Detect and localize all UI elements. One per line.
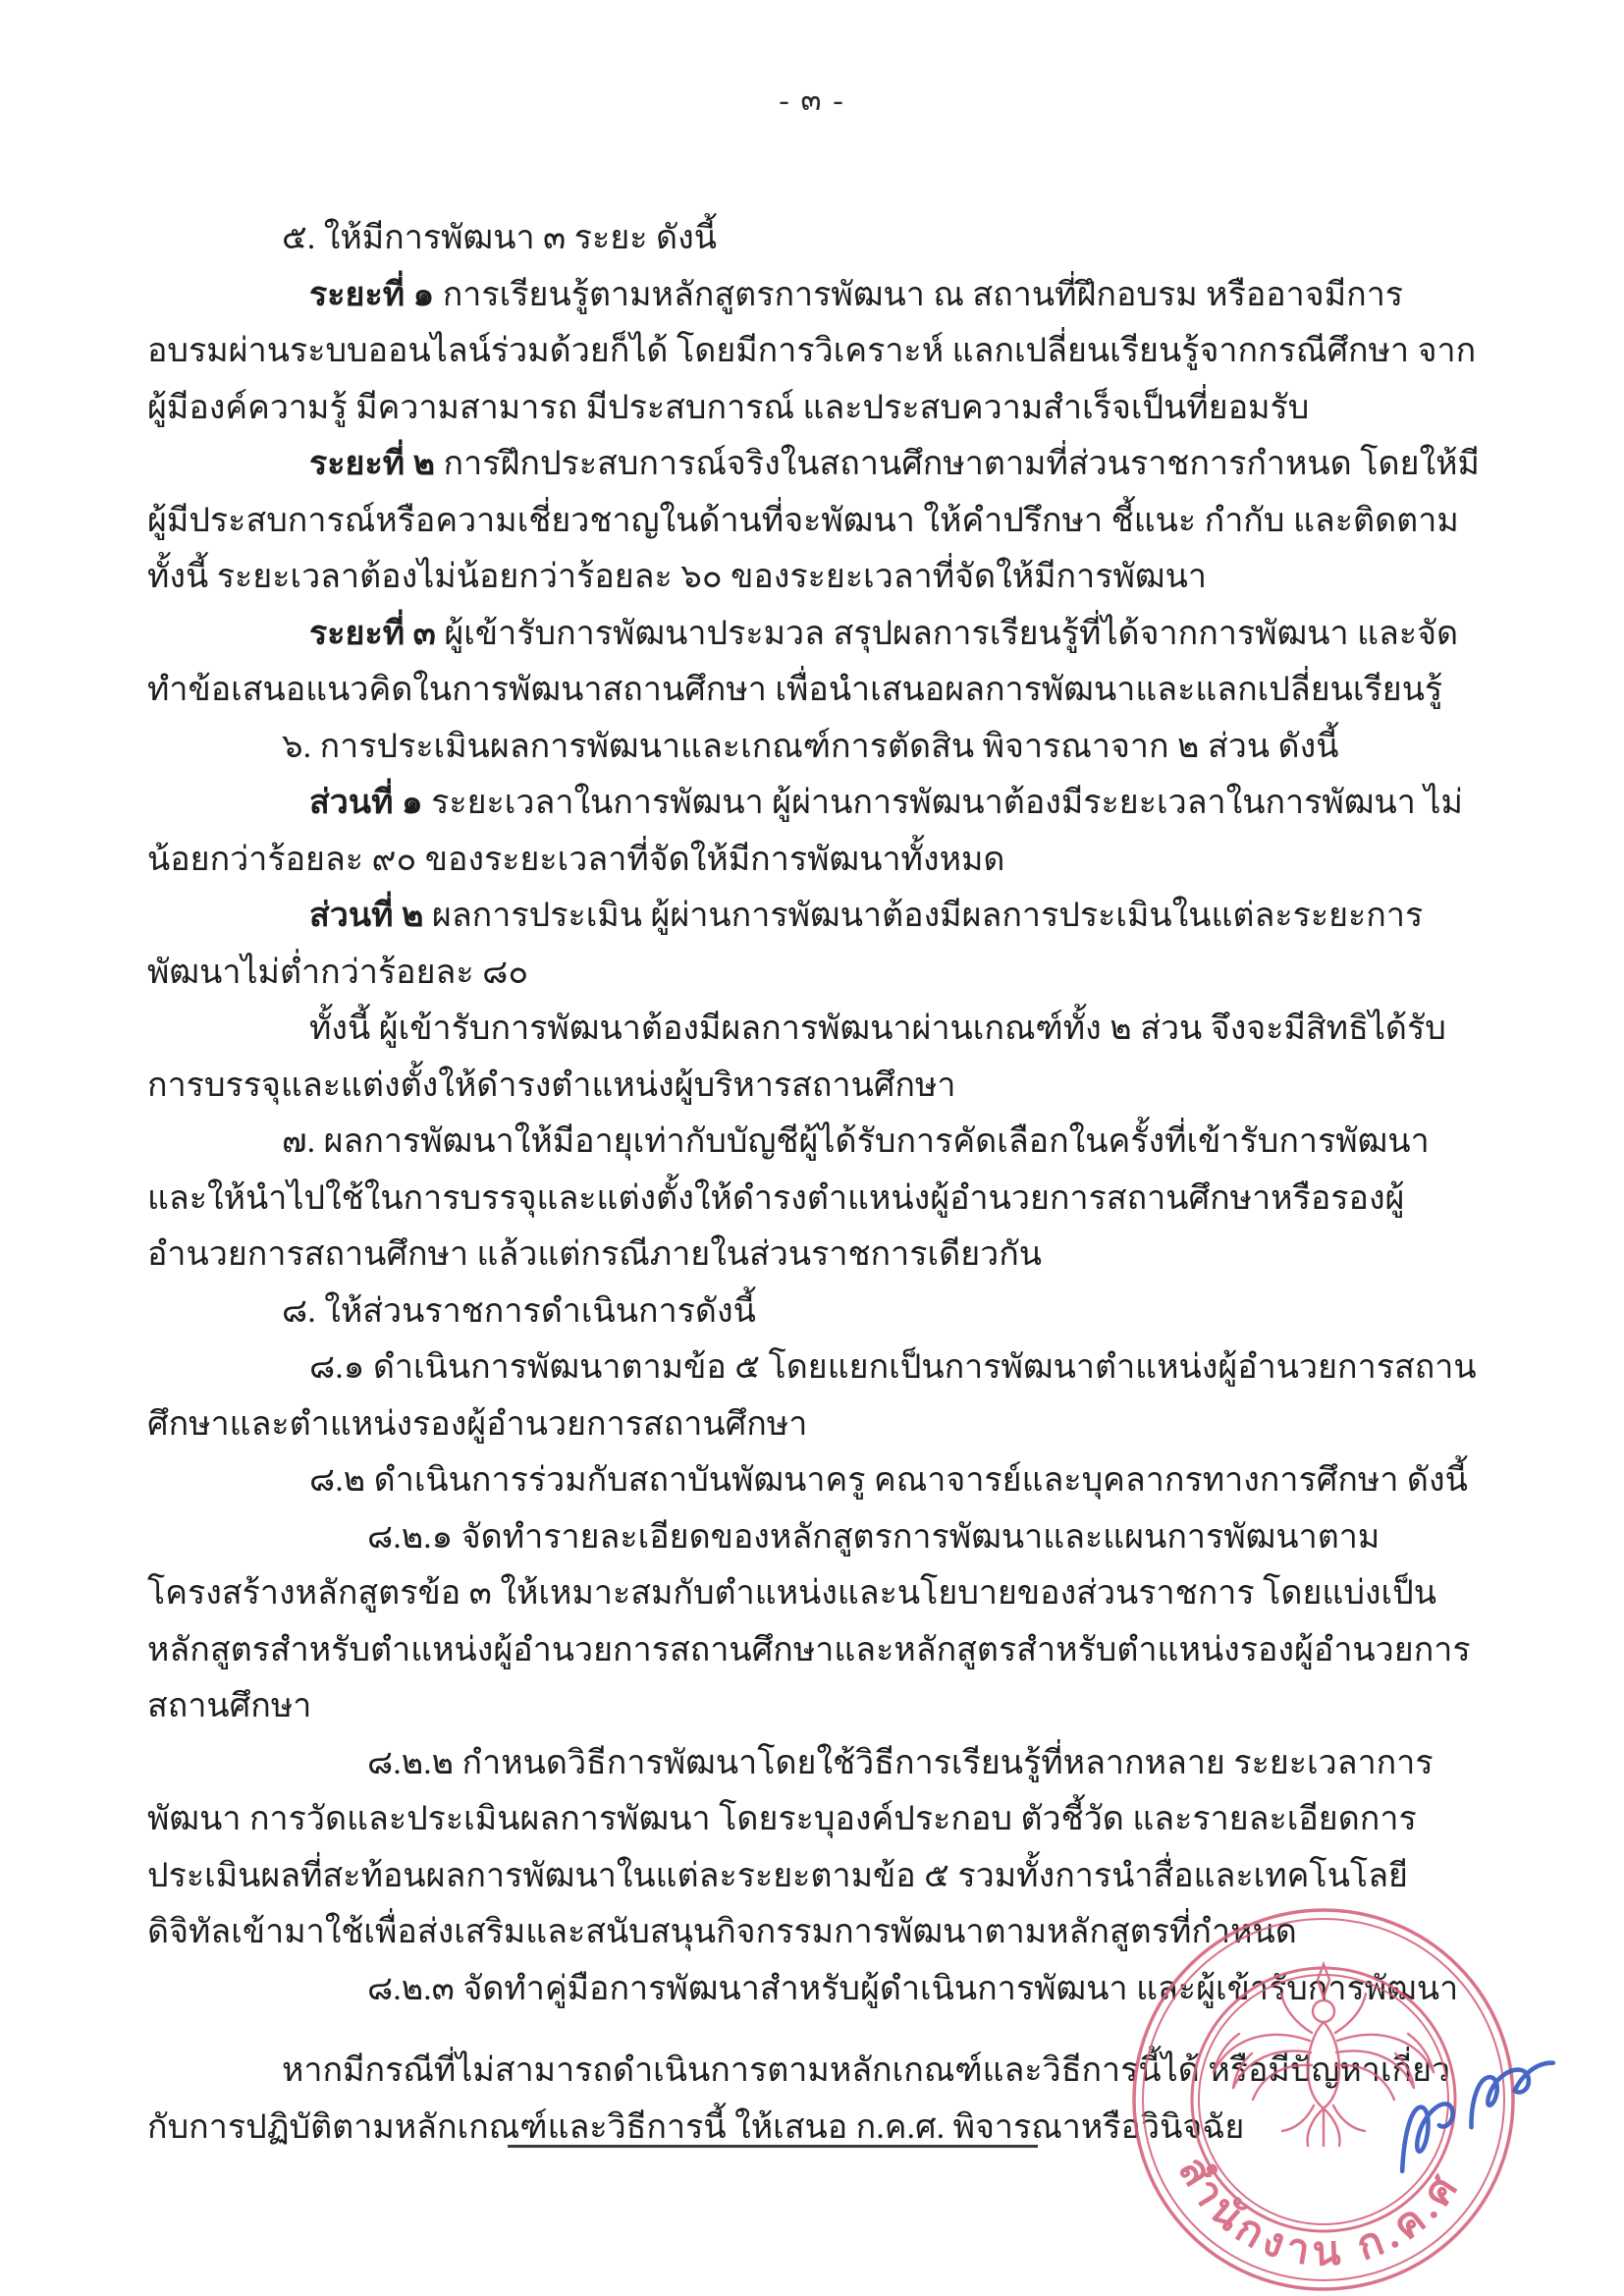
- signature-stroke: [1383, 2059, 1570, 2171]
- paragraph-lead: ระยะที่ ๒: [309, 446, 435, 482]
- paragraph: ระยะที่ ๑ การเรียนรู้ตามหลักสูตรการพัฒนา…: [147, 267, 1483, 437]
- paragraph: ส่วนที่ ๑ ระยะเวลาในการพัฒนา ผู้ผ่านการพ…: [147, 775, 1483, 888]
- paragraph-text: ๗. ผลการพัฒนาให้มีอายุเท่ากับบัญชีผู้ได้…: [147, 1123, 1430, 1273]
- paragraph: ๘.๒ ดำเนินการร่วมกับสถาบันพัฒนาครู คณาจา…: [147, 1452, 1483, 1509]
- paragraph-text: ๕. ให้มีการพัฒนา ๓ ระยะ ดังนี้: [282, 220, 717, 256]
- paragraph-lead: ส่วนที่ ๒: [309, 898, 423, 934]
- paragraph-lead: ส่วนที่ ๑: [309, 785, 423, 821]
- paragraph: ๘. ให้ส่วนราชการดำเนินการดังนี้: [147, 1284, 1483, 1340]
- paragraph: ๕. ให้มีการพัฒนา ๓ ระยะ ดังนี้: [147, 210, 1483, 267]
- paragraph: ทั้งนี้ ผู้เข้ารับการพัฒนาต้องมีผลการพัฒ…: [147, 1001, 1483, 1114]
- paragraph-lead: ระยะที่ ๑: [309, 277, 434, 313]
- page-number: - ๓ -: [0, 75, 1624, 124]
- document-page: - ๓ - ๕. ให้มีการพัฒนา ๓ ระยะ ดังนี้ ระย…: [0, 0, 1624, 2296]
- paragraph: ระยะที่ ๓ ผู้เข้ารับการพัฒนาประมวล สรุปผ…: [147, 606, 1483, 719]
- paragraph: ๘.๑ ดำเนินการพัฒนาตามข้อ ๕ โดยแยกเป็นการ…: [147, 1339, 1483, 1452]
- paragraph-text: ๘.๒.๑ จัดทำรายละเอียดของหลักสูตรการพัฒนา…: [147, 1519, 1471, 1725]
- footer-divider: [508, 2145, 1038, 2148]
- paragraph-text: ๘.๒ ดำเนินการร่วมกับสถาบันพัฒนาครู คณาจา…: [309, 1462, 1468, 1499]
- paragraph: ระยะที่ ๒ การฝึกประสบการณ์จริงในสถานศึกษ…: [147, 436, 1483, 606]
- paragraph: ๗. ผลการพัฒนาให้มีอายุเท่ากับบัญชีผู้ได้…: [147, 1114, 1483, 1284]
- paragraph-lead: ระยะที่ ๓: [309, 616, 436, 652]
- paragraph: ๘.๒.๑ จัดทำรายละเอียดของหลักสูตรการพัฒนา…: [147, 1509, 1483, 1735]
- paragraph-text: ๘.๑ ดำเนินการพัฒนาตามข้อ ๕ โดยแยกเป็นการ…: [147, 1349, 1477, 1443]
- paragraph: ๖. การประเมินผลการพัฒนาและเกณฑ์การตัดสิน…: [147, 719, 1483, 776]
- paragraph-text: ๖. การประเมินผลการพัฒนาและเกณฑ์การตัดสิน…: [282, 729, 1338, 765]
- paragraph: ส่วนที่ ๒ ผลการประเมิน ผู้ผ่านการพัฒนาต้…: [147, 888, 1483, 1001]
- paragraph-text: ๘. ให้ส่วนราชการดำเนินการดังนี้: [282, 1293, 756, 1330]
- paragraph-text: ทั้งนี้ ผู้เข้ารับการพัฒนาต้องมีผลการพัฒ…: [147, 1011, 1446, 1104]
- document-body: ๕. ให้มีการพัฒนา ๓ ระยะ ดังนี้ ระยะที่ ๑…: [147, 210, 1483, 2156]
